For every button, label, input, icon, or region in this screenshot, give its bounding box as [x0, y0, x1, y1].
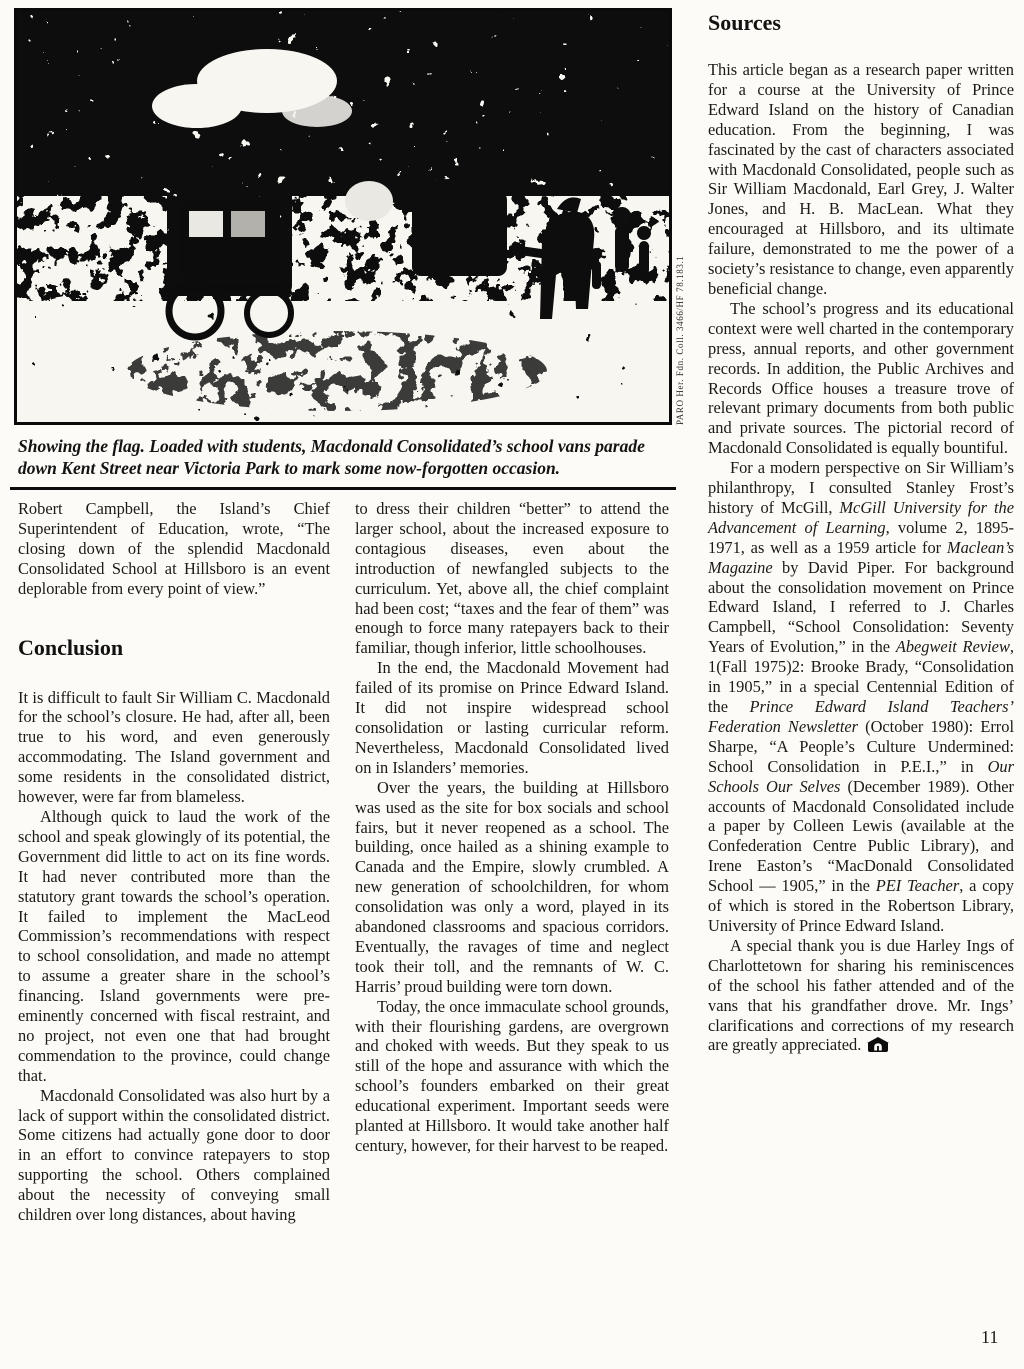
photo-credit: PARO Her. Fdn. Coll. 3466/HF 78.183.1 — [675, 8, 685, 425]
section-divider — [10, 487, 676, 490]
paragraph: Today, the once immaculate school ground… — [355, 997, 669, 1156]
magazine-page: PARO Her. Fdn. Coll. 3466/HF 78.183.1 Sh… — [0, 0, 1024, 1369]
page-number: 11 — [981, 1327, 998, 1348]
end-of-article-house-icon — [867, 1037, 889, 1052]
paragraph: A special thank you is due Harley Ings o… — [708, 936, 1014, 1055]
sources-heading: Sources — [708, 10, 1014, 36]
article-photo — [14, 8, 672, 425]
photo-halftone-image — [17, 11, 669, 422]
paragraph: Macdonald Consolidated was also hurt by … — [18, 1086, 330, 1225]
conclusion-heading: Conclusion — [18, 635, 330, 661]
sources-column: Sources This article began as a research… — [708, 10, 1014, 1055]
paragraph: For a modern perspective on Sir William’… — [708, 458, 1014, 936]
paragraph: It is difficult to fault Sir William C. … — [18, 688, 330, 807]
paragraph: to dress their children “better” to atte… — [355, 499, 669, 658]
text-column-1: Robert Campbell, the Island’s Chief Supe… — [18, 499, 330, 1225]
paragraph: Although quick to laud the work of the s… — [18, 807, 330, 1086]
paragraph-text: A special thank you is due Harley Ings o… — [708, 936, 1014, 1055]
paragraph: Robert Campbell, the Island’s Chief Supe… — [18, 499, 330, 599]
paragraph: This article began as a research paper w… — [708, 60, 1014, 299]
text-column-2: to dress their children “better” to atte… — [355, 499, 669, 1156]
paragraph: Over the years, the building at Hillsbor… — [355, 778, 669, 997]
paragraph: In the end, the Macdonald Movement had f… — [355, 658, 669, 777]
paragraph: The school’s progress and its educationa… — [708, 299, 1014, 458]
photo-caption: Showing the flag. Loaded with students, … — [18, 436, 670, 479]
